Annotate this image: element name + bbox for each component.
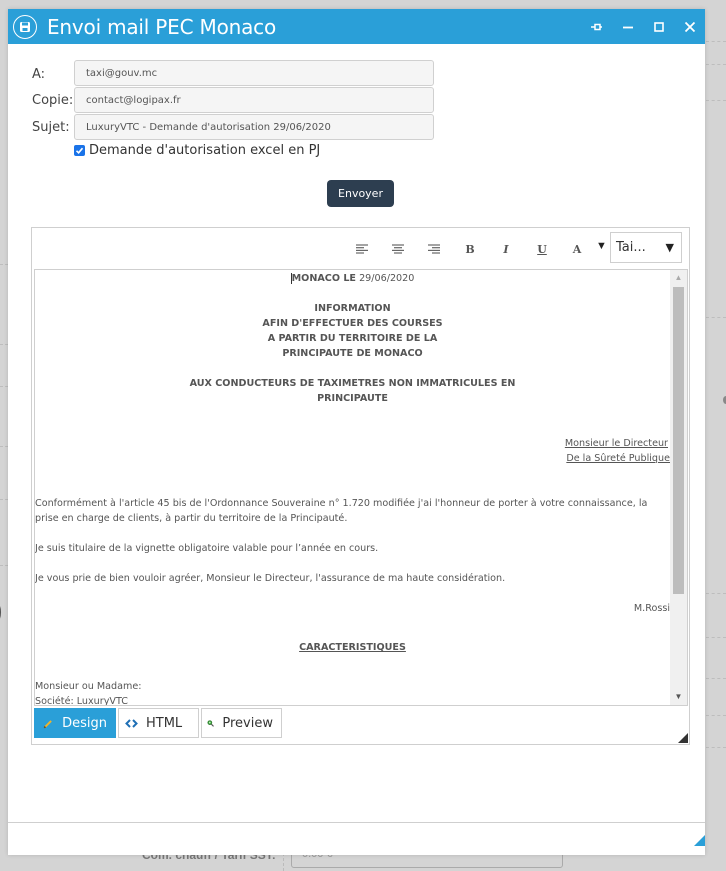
heading-line: PRINCIPAUTE DE MONACO (35, 346, 670, 361)
bg-divider (0, 264, 8, 265)
pin-button[interactable] (581, 9, 612, 44)
magnifier-icon (207, 717, 214, 730)
bg-divider (706, 41, 726, 42)
field-line: Société: LuxuryVTC (35, 694, 670, 705)
checkmark-icon (75, 146, 84, 155)
cc-field[interactable] (74, 87, 434, 113)
rich-text-editor: B I U A ▼ Tai... ▼ MONACO LE 29/06/2020 … (31, 227, 690, 745)
align-left-button[interactable] (351, 238, 373, 260)
subheading-line: PRINCIPAUTE (35, 391, 670, 406)
section-title: CARACTERISTIQUES (35, 640, 670, 655)
font-color-dropdown-arrow[interactable]: ▼ (596, 240, 607, 252)
chevron-down-icon: ▼ (666, 241, 674, 254)
bg-divider (706, 715, 726, 716)
paragraph: Je suis titulaire de la vignette obligat… (35, 541, 670, 556)
signature: M.Rossi (35, 601, 670, 616)
minimize-icon (621, 20, 635, 34)
editor-scrollbar[interactable]: ▲ ▼ (670, 270, 687, 705)
bg-divider (0, 565, 8, 566)
editor-resize-handle[interactable] (678, 733, 688, 743)
bg-divider (706, 64, 726, 65)
pin-icon (590, 20, 604, 34)
tab-design-label: Design (62, 716, 107, 731)
subject-field[interactable] (74, 114, 434, 140)
font-size-select[interactable]: Tai... ▼ (610, 232, 682, 263)
font-size-value: Tai... (616, 240, 646, 255)
to-label: A: (32, 67, 45, 82)
bg-glyph: ) (0, 595, 3, 626)
editor-content-area[interactable]: MONACO LE 29/06/2020 INFORMATION AFIN D'… (34, 269, 688, 706)
subject-label: Sujet: (32, 120, 70, 135)
code-brackets-icon (125, 717, 138, 730)
font-color-button[interactable]: A (566, 238, 588, 260)
close-icon (683, 20, 697, 34)
attachment-checkbox-label: Demande d'autorisation excel en PJ (89, 143, 320, 158)
email-dialog: Envoi mail PEC Monaco A: Copie: Sujet: D… (8, 9, 705, 855)
editor-document[interactable]: MONACO LE 29/06/2020 INFORMATION AFIN D'… (35, 270, 670, 705)
bg-divider (706, 678, 726, 679)
dialog-titlebar[interactable]: Envoi mail PEC Monaco (8, 9, 705, 44)
dialog-title: Envoi mail PEC Monaco (47, 15, 276, 39)
tab-html-label: HTML (146, 716, 182, 731)
tab-html[interactable]: HTML (118, 708, 199, 738)
tab-preview-label: Preview (222, 716, 273, 731)
bg-divider (0, 446, 8, 447)
bg-divider (706, 593, 726, 594)
bg-divider (0, 386, 8, 387)
recipient-line: De la Sûreté Publique (35, 451, 670, 466)
scroll-up-arrow-icon[interactable]: ▲ (670, 270, 687, 286)
heading-line: A PARTIR DU TERRITOIRE DE LA (35, 331, 670, 346)
date-prefix: MONACO LE (291, 273, 356, 284)
dialog-resize-handle[interactable] (694, 835, 705, 846)
underline-button[interactable]: U (531, 238, 553, 260)
floppy-save-icon (13, 15, 37, 39)
dialog-footer-divider (8, 822, 705, 823)
italic-button[interactable]: I (495, 238, 517, 260)
close-button[interactable] (674, 9, 705, 44)
paragraph-line: prise en charge de clients, à partir du … (35, 511, 670, 526)
send-button[interactable]: Envoyer (327, 180, 394, 207)
paragraph: Je vous prie de bien vouloir agréer, Mon… (35, 571, 670, 586)
attachment-checkbox-row[interactable]: Demande d'autorisation excel en PJ (74, 143, 320, 158)
cc-label: Copie: (32, 93, 73, 108)
subheading-line: AUX CONDUCTEURS DE TAXIMETRES NON IMMATR… (35, 376, 670, 391)
paragraph-line: Conformément à l'article 45 bis de l'Ord… (35, 496, 670, 511)
to-field[interactable] (74, 60, 434, 86)
letter-date-line: MONACO LE 29/06/2020 (35, 271, 670, 286)
align-left-icon (356, 243, 368, 255)
bg-divider (706, 747, 726, 748)
bg-divider (0, 499, 8, 500)
bg-divider (0, 344, 8, 345)
heading-line: INFORMATION (35, 301, 670, 316)
scrollbar-thumb[interactable] (673, 287, 684, 594)
maximize-icon (652, 20, 666, 34)
scroll-down-arrow-icon[interactable]: ▼ (670, 689, 687, 705)
bold-button[interactable]: B (459, 238, 481, 260)
bg-divider (706, 637, 726, 638)
tab-preview[interactable]: Preview (201, 708, 282, 738)
bg-divider (706, 100, 726, 101)
maximize-button[interactable] (643, 9, 674, 44)
letter-date: 29/06/2020 (359, 273, 414, 284)
align-right-button[interactable] (423, 238, 445, 260)
editor-toolbar: B I U A ▼ Tai... ▼ (32, 228, 689, 268)
pencil-icon (43, 717, 54, 730)
align-right-icon (428, 243, 440, 255)
editor-mode-tabs: Design HTML Preview (34, 708, 284, 738)
field-line: Monsieur ou Madame: (35, 679, 670, 694)
heading-line: AFIN D'EFFECTUER DES COURSES (35, 316, 670, 331)
bg-divider (706, 317, 726, 318)
tab-design[interactable]: Design (34, 708, 116, 738)
minimize-button[interactable] (612, 9, 643, 44)
align-center-icon (392, 243, 404, 255)
attachment-checkbox[interactable] (74, 145, 85, 156)
align-center-button[interactable] (387, 238, 409, 260)
recipient-line: Monsieur le Directeur (35, 436, 668, 451)
